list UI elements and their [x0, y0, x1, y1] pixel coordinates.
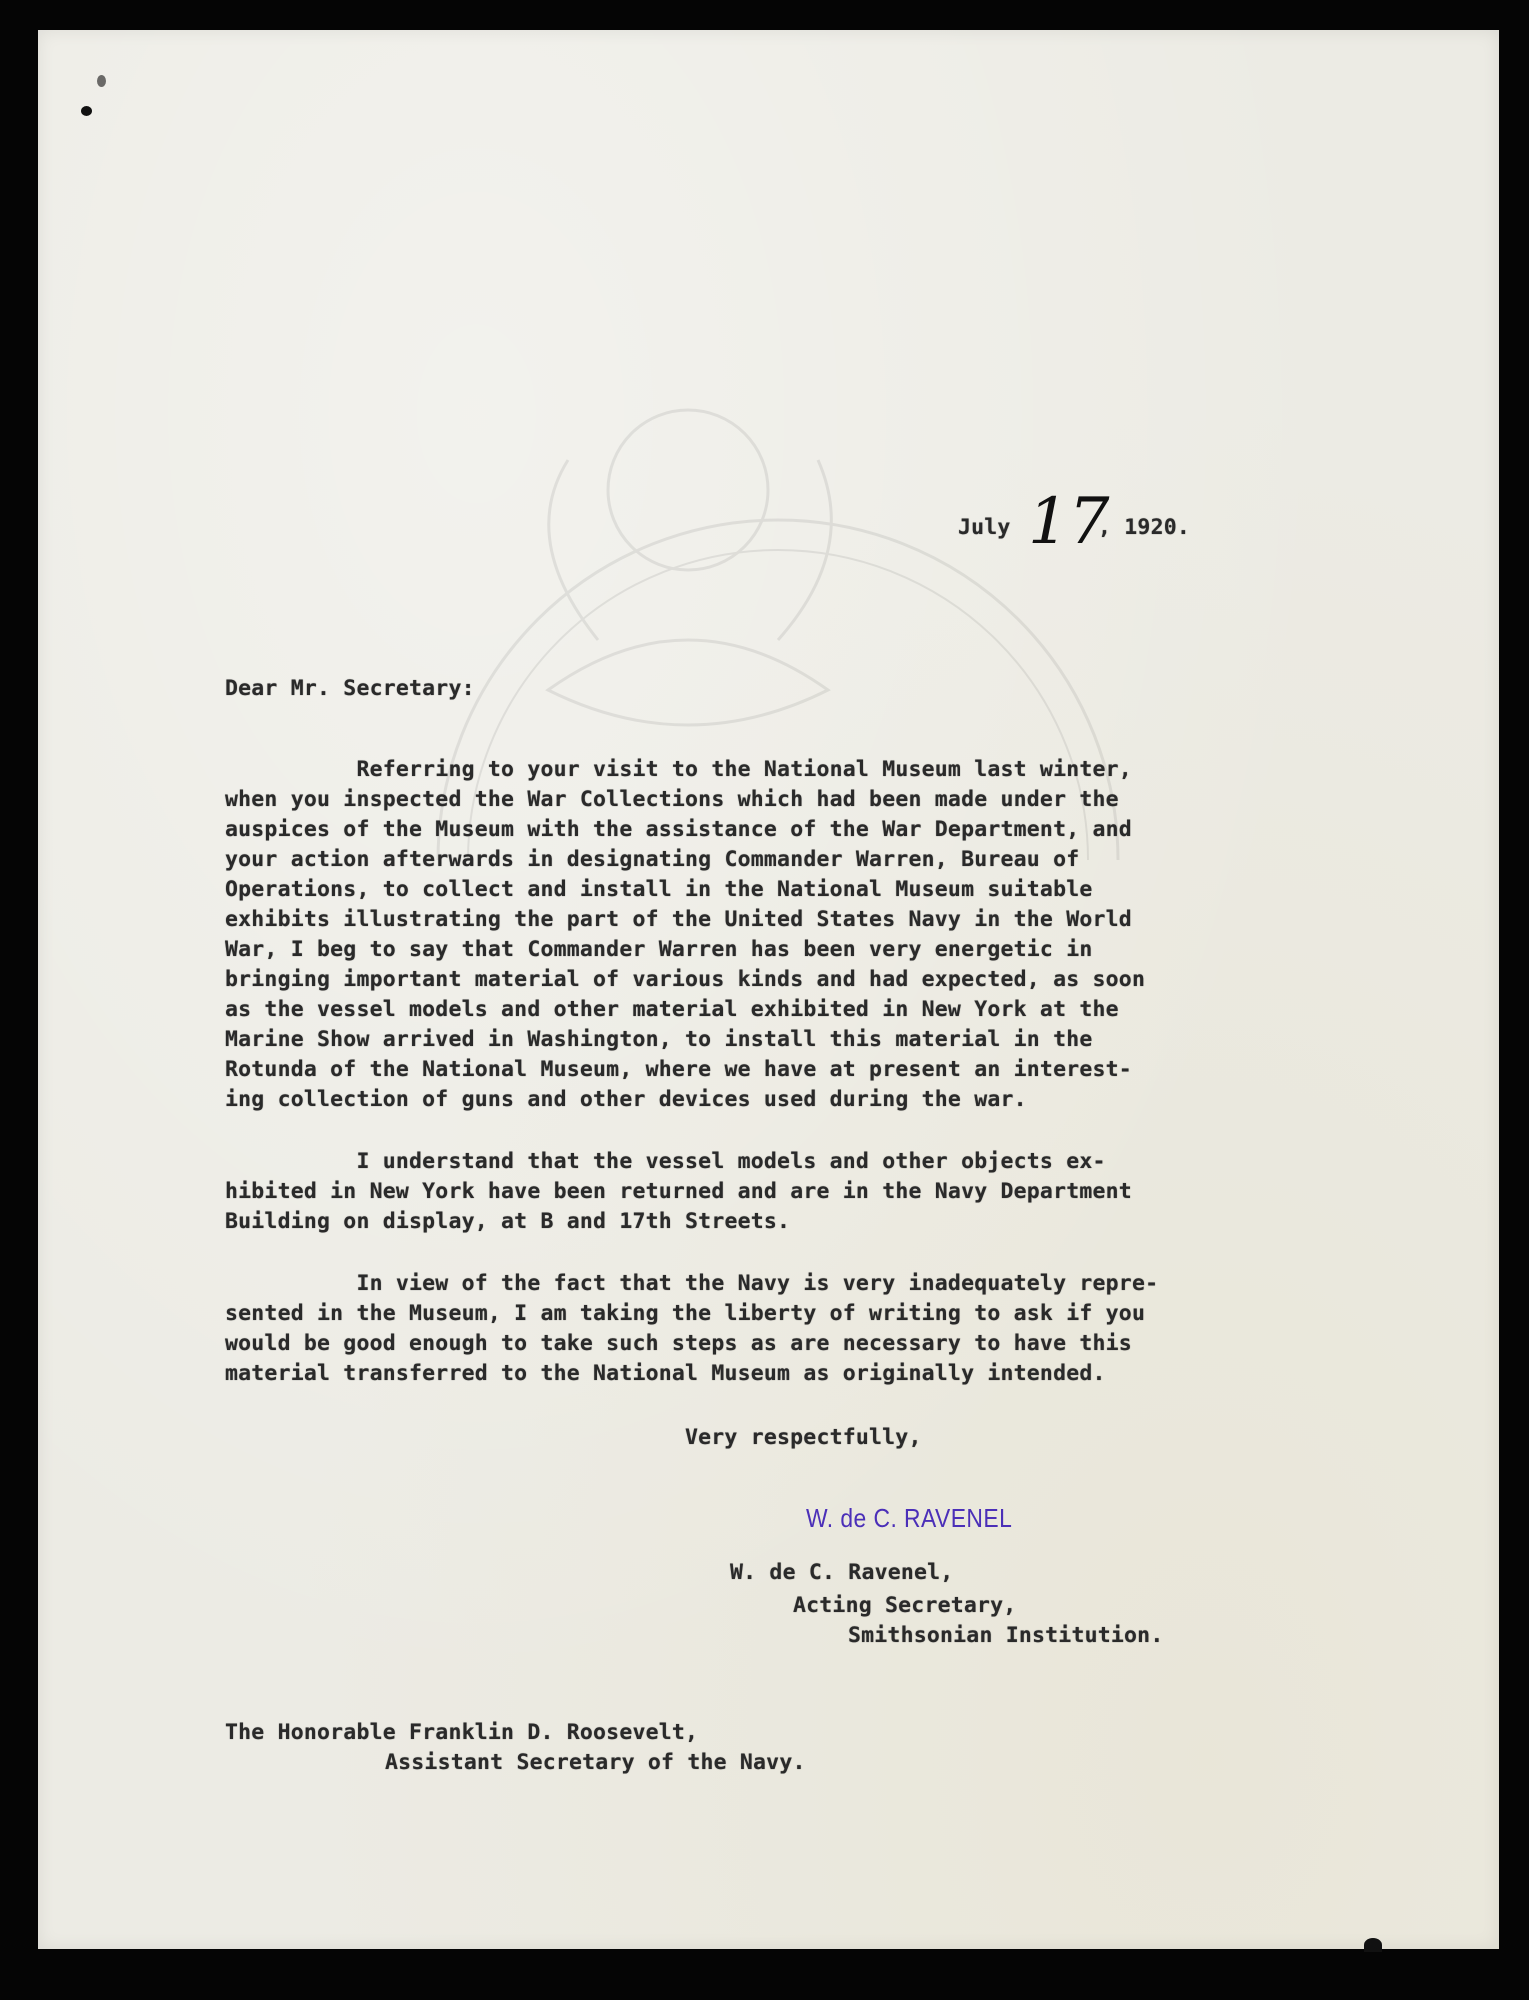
paragraph-line: bringing important material of various k… [225, 967, 1145, 992]
paragraph-line: sented in the Museum, I am taking the li… [225, 1301, 1145, 1326]
paragraph-line: auspices of the Museum with the assistan… [225, 817, 1132, 842]
paragraph-line: ing collection of guns and other devices… [225, 1087, 1027, 1112]
signature-stamp: W. de C. RAVENEL [806, 1503, 1012, 1534]
closing: Very respectfully, [685, 1425, 922, 1450]
date-year: , 1920. [1098, 515, 1190, 540]
paragraph-line: would be good enough to take such steps … [225, 1331, 1132, 1356]
eagle-seal-watermark-icon [398, 340, 1158, 860]
signatory-name: W. de C. Ravenel, [730, 1560, 953, 1585]
punch-hole-top [97, 75, 106, 87]
paragraph-line: In view of the fact that the Navy is ver… [225, 1271, 1158, 1296]
signatory-institution: Smithsonian Institution. [848, 1623, 1163, 1648]
paragraph-line: Building on display, at B and 17th Stree… [225, 1209, 790, 1234]
paragraph-line: Operations, to collect and install in th… [225, 877, 1093, 902]
paragraph-line: Marine Show arrived in Washington, to in… [225, 1027, 1093, 1052]
paragraph-line: exhibits illustrating the part of the Un… [225, 907, 1132, 932]
paragraph-line: hibited in New York have been returned a… [225, 1179, 1132, 1204]
salutation: Dear Mr. Secretary: [225, 676, 475, 701]
letter-page: July 17 , 1920. Dear Mr. Secretary: Refe… [38, 30, 1499, 1949]
recipient-name: The Honorable Franklin D. Roosevelt, [225, 1720, 698, 1745]
recipient-title: Assistant Secretary of the Navy. [385, 1750, 806, 1775]
punch-hole-bottom [81, 106, 92, 116]
signatory-title: Acting Secretary, [793, 1593, 1016, 1618]
paragraph-line: when you inspected the War Collections w… [225, 787, 1119, 812]
paragraph-line: I understand that the vessel models and … [225, 1149, 1106, 1174]
paragraph-line: War, I beg to say that Commander Warren … [225, 937, 1093, 962]
paragraph-line: your action afterwards in designating Co… [225, 847, 1079, 872]
paper-tear [1364, 1938, 1382, 1952]
paragraph-line: Referring to your visit to the National … [225, 757, 1132, 782]
paragraph-line: as the vessel models and other material … [225, 997, 1119, 1022]
paragraph-line: Rotunda of the National Museum, where we… [225, 1057, 1132, 1082]
date-month: July [958, 515, 1011, 540]
paragraph-line: material transferred to the National Mus… [225, 1361, 1106, 1386]
